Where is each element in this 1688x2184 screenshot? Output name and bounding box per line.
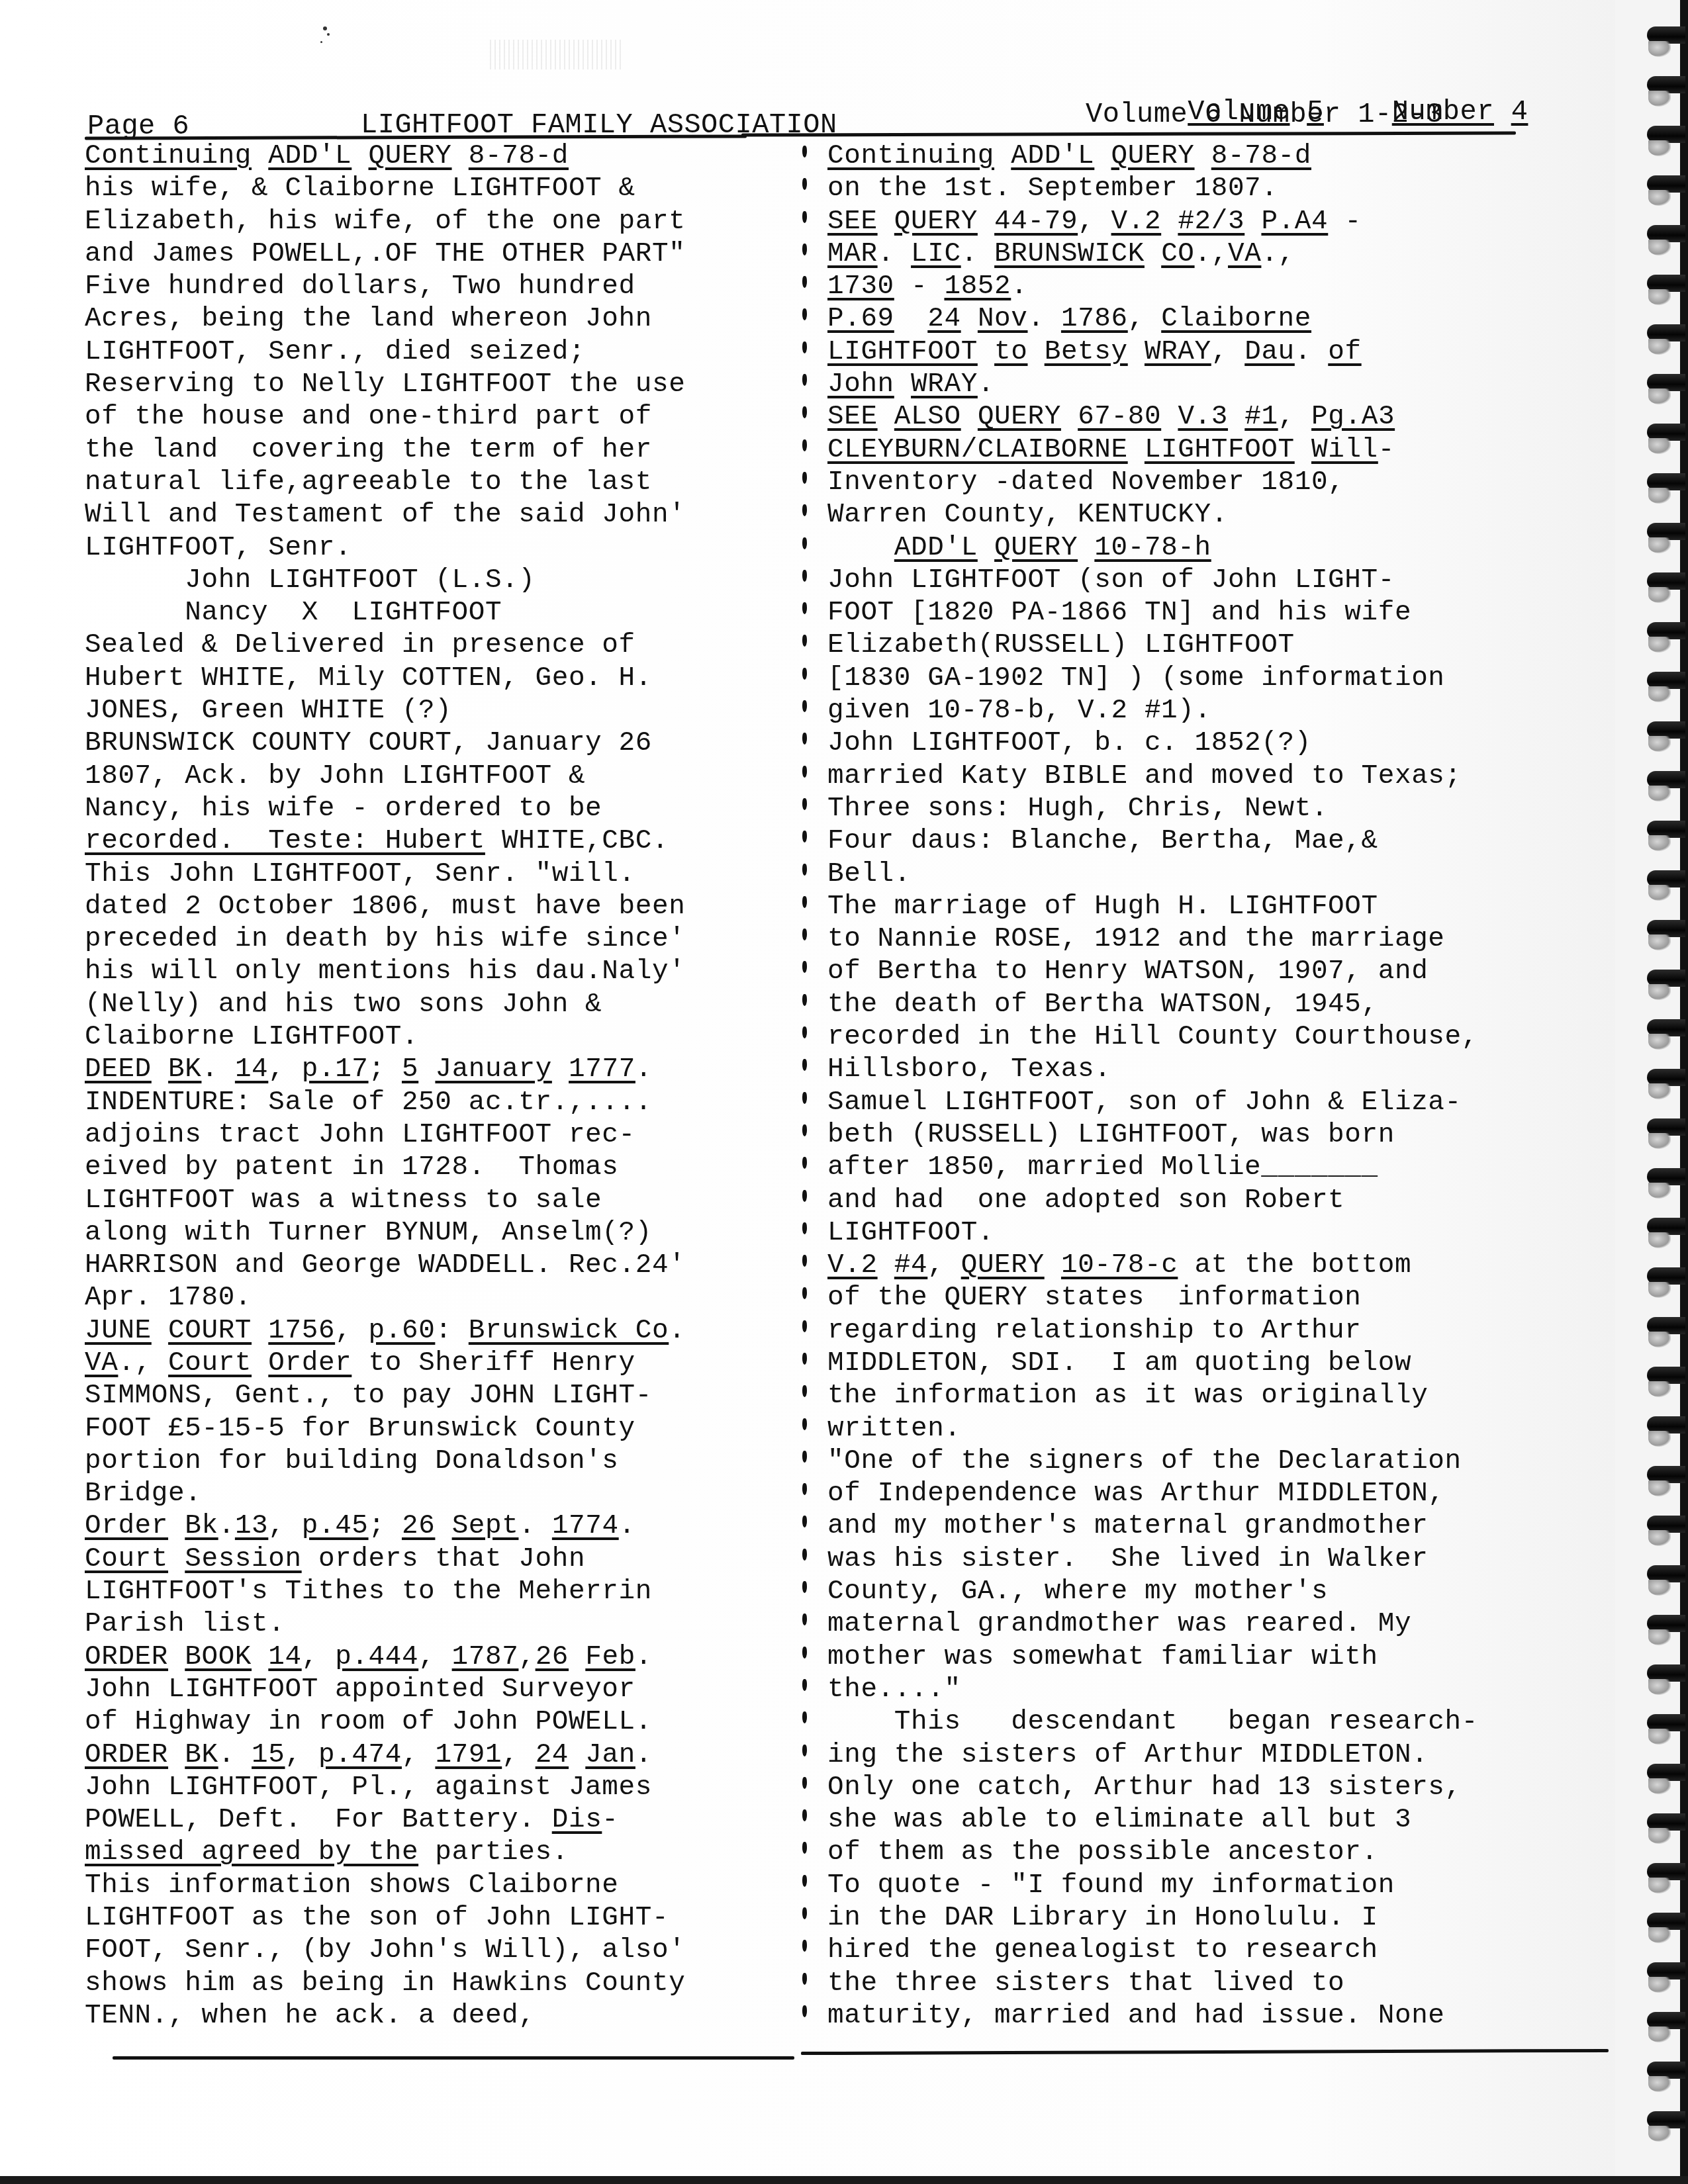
text-run: at the bottom	[1178, 1250, 1411, 1281]
binding-loop-icon	[1647, 920, 1685, 937]
text-run: Inventory -dated November 1810,	[827, 467, 1344, 498]
text-line: SEE QUERY 44-79, V.2 #2/3 P.A4 -	[827, 206, 1595, 238]
text-run	[1145, 239, 1161, 269]
text-run: LIGHTFOOT, Senr.	[85, 533, 352, 563]
underlined-text: #2/3	[1178, 206, 1244, 237]
binding-loop-icon	[1647, 175, 1685, 193]
divider-tick-icon	[800, 1217, 813, 1250]
text-run: .	[1011, 271, 1027, 302]
text-run	[1128, 435, 1145, 465]
underlined-text: p.60	[369, 1316, 436, 1346]
text-run	[1078, 533, 1094, 563]
text-run	[152, 1054, 168, 1085]
underlined-text: VA	[1228, 239, 1261, 269]
text-run: Nancy X LIGHTFOOT	[85, 598, 502, 628]
text-line: the land covering the term of her	[85, 434, 813, 467]
underlined-text: CO	[1161, 239, 1194, 269]
underlined-text: ALSO	[894, 402, 961, 432]
scan-speck	[323, 26, 327, 30]
text-run: ,	[268, 1054, 301, 1085]
text-run: .	[978, 369, 994, 400]
text-line: Court Session orders that John	[85, 1543, 813, 1576]
underlined-text: 1791	[435, 1740, 502, 1770]
binding-loop-icon	[1647, 1118, 1685, 1136]
text-run: .	[635, 1740, 652, 1770]
underlined-text: Betsy	[1045, 337, 1128, 367]
text-run: mother was somewhat familiar with	[827, 1642, 1378, 1672]
binding-loop-icon	[1647, 870, 1685, 887]
underlined-text: Court	[168, 1348, 252, 1379]
divider-tick-icon	[800, 532, 813, 565]
text-line: VA., Court Order to Sheriff Henry	[85, 1347, 813, 1380]
underlined-text: QUERY	[894, 206, 978, 237]
text-run: .	[635, 1642, 652, 1672]
underlined-text: 15	[252, 1740, 285, 1770]
underlined-text: 8-78-d	[1211, 141, 1311, 171]
divider-tick-icon	[800, 1576, 813, 1608]
text-run	[894, 369, 911, 400]
spiral-binding	[1615, 0, 1688, 2184]
divider-tick-icon	[800, 336, 813, 369]
text-run: beth (RUSSELL) LIGHTFOOT, was born	[827, 1120, 1395, 1150]
text-run: ;	[369, 1511, 402, 1541]
divider-tick-icon	[800, 727, 813, 760]
text-run: natural life,agreeable to the last	[85, 467, 652, 498]
underlined-text: Sept	[452, 1511, 519, 1541]
text-run	[1094, 141, 1111, 171]
text-line: ORDER BK. 15, p.474, 1791, 24 Jan.	[85, 1739, 813, 1772]
text-line: to Nannie ROSE, 1912 and the marriage	[827, 923, 1595, 956]
divider-tick-icon	[800, 1706, 813, 1739]
text-line: FOOT £5-15-5 for Brunswick County	[85, 1413, 813, 1445]
binding-loop-icon	[1647, 1168, 1685, 1185]
divider-tick-icon	[800, 369, 813, 401]
binding-loop-icon	[1647, 1813, 1685, 1831]
text-run: shows him as being in Hawkins County	[85, 1968, 685, 1999]
underlined-text: #1	[1244, 402, 1278, 432]
text-line: John WRAY.	[827, 369, 1595, 401]
underlined-text: 24	[536, 1740, 569, 1770]
text-run: Three sons: Hugh, Chris, Newt.	[827, 794, 1328, 824]
text-line: was his sister. She lived in Walker	[827, 1543, 1595, 1576]
text-line: Three sons: Hugh, Chris, Newt.	[827, 793, 1595, 825]
text-line: (Nelly) and his two sons John &	[85, 989, 813, 1021]
text-line: To quote - "I found my information	[827, 1870, 1595, 1902]
text-line: ORDER BOOK 14, p.444, 1787,26 Feb.	[85, 1641, 813, 1674]
text-run	[1244, 206, 1261, 237]
divider-tick-icon	[800, 1347, 813, 1380]
text-run: .	[1295, 337, 1328, 367]
text-line: POWELL, Deft. For Battery. Dis-	[85, 1804, 813, 1837]
text-run: Reserving to Nelly LIGHTFOOT the use	[85, 369, 685, 400]
text-run: Nancy, his wife - ordered to be	[85, 794, 602, 824]
divider-tick-icon	[800, 923, 813, 956]
text-line: on the 1st. September 1807.	[827, 173, 1595, 205]
text-line: preceded in death by his wife since'	[85, 923, 813, 956]
text-run: Apr. 1780.	[85, 1283, 252, 1313]
binding-loop-icon	[1647, 970, 1685, 987]
text-run: ,	[402, 1740, 435, 1770]
underlined-text: 8-78-d	[469, 141, 569, 171]
text-line: shows him as being in Hawkins County	[85, 1968, 813, 2000]
underlined-text: V.3	[1178, 402, 1228, 432]
text-run: and James POWELL,.OF THE OTHER PART"	[85, 239, 685, 269]
underlined-text: 1787	[452, 1642, 519, 1672]
text-run: recorded in the Hill County Courthouse,	[827, 1022, 1478, 1052]
divider-tick-icon	[800, 2000, 813, 2032]
divider-tick-icon	[800, 1054, 813, 1086]
text-run: -	[602, 1805, 618, 1835]
divider-tick-icon	[800, 1478, 813, 1510]
binding-loop-icon	[1647, 1416, 1685, 1433]
text-run: his will only mentions his dau.Naly'	[85, 956, 685, 987]
divider-tick-icon	[800, 140, 813, 173]
divider-tick-icon	[800, 1250, 813, 1282]
text-line: Bell.	[827, 858, 1595, 891]
text-line: mother was somewhat familiar with	[827, 1641, 1595, 1674]
column-heading: Continuing ADD'L QUERY 8-78-d	[827, 140, 1595, 173]
text-line: Parish list.	[85, 1608, 813, 1641]
text-run: ;	[369, 1054, 402, 1085]
divider-tick-icon	[800, 1902, 813, 1934]
text-run: maturity, married and had issue. None	[827, 2001, 1445, 2031]
divider-tick-icon	[800, 1968, 813, 2000]
text-run: [1830 GA-1902 TN] ) (some information	[827, 663, 1445, 694]
divider-tick-icon	[800, 1021, 813, 1054]
text-run: ing the sisters of Arthur MIDDLETON.	[827, 1740, 1428, 1770]
underlined-text: to	[994, 337, 1027, 367]
text-line: John LIGHTFOOT appointed Surveyor	[85, 1674, 813, 1706]
text-run: WHITE,CBC.	[485, 826, 669, 856]
text-run: Elizabeth(RUSSELL) LIGHTFOOT	[827, 630, 1295, 660]
text-run: County, GA., where my mother's	[827, 1576, 1328, 1607]
text-line: Only one catch, Arthur had 13 sisters,	[827, 1772, 1595, 1804]
underlined-text: Will	[1311, 435, 1378, 465]
divider-tick-icon	[800, 1380, 813, 1412]
underlined-text: 1774	[552, 1511, 619, 1541]
binding-loop-icon	[1647, 771, 1685, 788]
text-line: of Bertha to Henry WATSON, 1907, and	[827, 956, 1595, 988]
underlined-text: BRUNSWICK	[994, 239, 1145, 269]
text-run: parties.	[418, 1837, 569, 1868]
binding-loop-icon	[1647, 26, 1685, 44]
text-line: BRUNSWICK COUNTY COURT, January 26	[85, 727, 813, 760]
text-run: orders that John	[302, 1544, 585, 1574]
text-line: TENN., when he ack. a deed,	[85, 2000, 813, 2032]
divider-tick-icon	[800, 662, 813, 695]
text-run: given 10-78-b, V.2 #1).	[827, 696, 1211, 726]
divider-tick-icon	[800, 1772, 813, 1804]
underlined-text: LIC	[911, 239, 961, 269]
text-run	[252, 1348, 268, 1379]
text-run: .	[635, 1054, 652, 1085]
underlined-text: ADD'L	[1011, 141, 1094, 171]
text-run: of them as the possible ancestor.	[827, 1837, 1378, 1868]
text-run	[168, 1642, 185, 1672]
text-line: John LIGHTFOOT (son of John LIGHT-	[827, 565, 1595, 597]
underlined-text: ORDER	[85, 1740, 168, 1770]
binding-loop-icon	[1647, 523, 1685, 540]
text-run: Bell.	[827, 859, 911, 889]
underlined-text: Order	[268, 1348, 352, 1379]
underlined-text: QUERY	[961, 1250, 1045, 1281]
text-run	[168, 1544, 185, 1574]
text-run: ,	[1128, 304, 1161, 334]
text-run: 1807, Ack. by John LIGHTFOOT &	[85, 761, 585, 792]
text-line: hired the genealogist to research	[827, 1934, 1595, 1967]
text-run: HARRISON and George WADDELL. Rec.24'	[85, 1250, 685, 1281]
document-page: Page 6 LIGHTFOOT FAMILY ASSOCIATION Volu…	[0, 0, 1615, 2184]
text-line: LIGHTFOOT, Senr.	[85, 532, 813, 565]
text-line: portion for building Donaldson's	[85, 1445, 813, 1478]
text-run	[978, 206, 994, 237]
underlined-text: 1777	[569, 1054, 635, 1085]
text-run: INDENTURE: Sale of 250 ac.tr.,....	[85, 1087, 652, 1118]
text-line: Hillsboro, Texas.	[827, 1054, 1595, 1086]
underlined-text: p.474	[318, 1740, 402, 1770]
text-line: natural life,agreeable to the last	[85, 467, 813, 499]
underlined-text: ADD'L	[268, 141, 352, 171]
underlined-text: BOOK	[185, 1642, 252, 1672]
underlined-text: Claiborne	[1161, 304, 1311, 334]
text-line: This John LIGHTFOOT, Senr. "will.	[85, 858, 813, 891]
text-run: POWELL, Deft. For Battery.	[85, 1805, 552, 1835]
binding-loop-icon	[1647, 622, 1685, 639]
text-run: in the DAR Library in Honolulu. I	[827, 1903, 1378, 1933]
right-column: Continuing ADD'L QUERY 8-78-don the 1st.…	[827, 140, 1595, 2032]
text-run: regarding relationship to Arthur	[827, 1316, 1362, 1346]
text-run: This descendant began research-	[827, 1707, 1478, 1737]
text-line: Inventory -dated November 1810,	[827, 467, 1595, 499]
text-line: recorded in the Hill County Courthouse,	[827, 1021, 1595, 1054]
divider-tick-icon	[800, 1413, 813, 1445]
binding-loop-icon	[1647, 374, 1685, 391]
text-run	[1295, 435, 1311, 465]
text-run	[352, 141, 368, 171]
underlined-text: 1786	[1061, 304, 1128, 334]
binding-loop-icon	[1647, 821, 1685, 838]
text-run: ,	[418, 1642, 451, 1672]
text-run	[1228, 402, 1244, 432]
divider-tick-icon	[800, 565, 813, 597]
underlined-text: Brunswick Co	[469, 1316, 669, 1346]
text-run: ,	[335, 1316, 368, 1346]
underlined-text: 26	[536, 1642, 569, 1672]
text-run: to Nannie ROSE, 1912 and the marriage	[827, 924, 1445, 954]
underlined-text: Court	[85, 1544, 168, 1574]
text-run	[452, 141, 469, 171]
text-line: maternal grandmother was reared. My	[827, 1608, 1595, 1641]
underlined-text: BK	[168, 1054, 201, 1085]
text-run: This information shows Claiborne	[85, 1870, 619, 1901]
underlined-text: Dau	[1244, 337, 1295, 367]
text-run: ,	[502, 1740, 535, 1770]
underlined-text: MAR	[827, 239, 878, 269]
divider-tick-icon	[800, 1674, 813, 1706]
text-line: SIMMONS, Gent., to pay JOHN LIGHT-	[85, 1380, 813, 1412]
text-line: JUNE COURT 1756, p.60: Brunswick Co.	[85, 1315, 813, 1347]
text-line: Will and Testament of the said John'	[85, 499, 813, 531]
underlined-text: BK	[185, 1740, 218, 1770]
text-line: LIGHTFOOT was a witness to sale	[85, 1185, 813, 1217]
underlined-text: 26	[402, 1511, 435, 1541]
text-run: LIGHTFOOT was a witness to sale	[85, 1185, 602, 1216]
text-run: ,	[518, 1642, 535, 1672]
text-line: MAR. LIC. BRUNSWICK CO.,VA.,	[827, 238, 1595, 271]
underlined-text: recorded. Teste: Hubert	[85, 826, 485, 856]
underlined-text: CLEYBURN/CLAIBORNE	[827, 435, 1128, 465]
text-line: LIGHTFOOT to Betsy WRAY, Dau. of	[827, 336, 1595, 369]
text-line: 1807, Ack. by John LIGHTFOOT &	[85, 760, 813, 793]
text-run	[878, 402, 894, 432]
text-run: maternal grandmother was reared. My	[827, 1609, 1411, 1639]
text-line: Warren County, KENTUCKY.	[827, 499, 1595, 531]
text-line: the death of Bertha WATSON, 1945,	[827, 989, 1595, 1021]
text-run: SIMMONS, Gent., to pay JOHN LIGHT-	[85, 1381, 652, 1411]
text-run	[1161, 206, 1178, 237]
text-run: hired the genealogist to research	[827, 1935, 1378, 1966]
underlined-text: SEE	[827, 206, 878, 237]
binding-loop-icon	[1647, 1367, 1685, 1384]
text-line: Hubert WHITE, Mily COTTEN, Geo. H.	[85, 662, 813, 695]
text-line: the information as it was originally	[827, 1380, 1595, 1412]
text-run: she was able to eliminate all but 3	[827, 1805, 1411, 1835]
divider-tick-icon	[800, 858, 813, 891]
binding-loop-icon	[1647, 1863, 1685, 1880]
text-line: recorded. Teste: Hubert WHITE,CBC.	[85, 825, 813, 858]
text-run	[994, 141, 1011, 171]
text-run	[1128, 337, 1145, 367]
underlined-text: LIGHTFOOT	[1145, 435, 1295, 465]
divider-tick-icon	[800, 1119, 813, 1152]
text-line: written.	[827, 1413, 1595, 1445]
text-line: FOOT [1820 PA-1866 TN] and his wife	[827, 597, 1595, 629]
underlined-text: VA	[85, 1348, 118, 1379]
text-run: was his sister. She lived in Walker	[827, 1544, 1428, 1574]
underlined-text: p.45	[302, 1511, 369, 1541]
text-line: beth (RUSSELL) LIGHTFOOT, was born	[827, 1119, 1595, 1152]
text-run	[978, 337, 994, 367]
text-line: County, GA., where my mother's	[827, 1576, 1595, 1608]
text-run	[252, 1642, 268, 1672]
underlined-text: ADD'L	[894, 533, 978, 563]
divider-tick-icon	[800, 1543, 813, 1576]
text-run: .,	[118, 1348, 168, 1379]
divider-tick-icon	[800, 891, 813, 923]
underlined-text: V.2	[1111, 206, 1162, 237]
text-line: V.2 #4, QUERY 10-78-c at the bottom	[827, 1250, 1595, 1282]
text-run: -	[1328, 206, 1361, 237]
underlined-text: Session	[185, 1544, 301, 1574]
text-run: the...."	[827, 1674, 961, 1705]
text-line: she was able to eliminate all but 3	[827, 1804, 1595, 1837]
text-line: Acres, being the land whereon John	[85, 303, 813, 336]
text-line: HARRISON and George WADDELL. Rec.24'	[85, 1250, 813, 1282]
text-line: ADD'L QUERY 10-78-h	[827, 532, 1595, 565]
divider-tick-icon	[800, 629, 813, 662]
text-run: :	[435, 1316, 468, 1346]
underlined-text: WRAY	[911, 369, 978, 400]
underlined-text: SEE	[827, 402, 878, 432]
underlined-text: missed agreed by the	[85, 1837, 418, 1868]
divider-tick-icon	[800, 1152, 813, 1184]
binding-loop-icon	[1647, 1962, 1685, 1979]
underlined-text: #4	[894, 1250, 927, 1281]
binding-loop-icon	[1647, 275, 1685, 292]
divider-tick-icon	[800, 206, 813, 238]
underlined-text: 1730	[827, 271, 894, 302]
text-run: .,	[1261, 239, 1294, 269]
binding-loop-icon	[1647, 1466, 1685, 1483]
text-line: the three sisters that lived to	[827, 1968, 1595, 2000]
text-line: John LIGHTFOOT, Pl., against James	[85, 1772, 813, 1804]
text-run	[152, 1316, 168, 1346]
text-line: ing the sisters of Arthur MIDDLETON.	[827, 1739, 1595, 1772]
underlined-text: 44-79	[994, 206, 1078, 237]
text-run: ,	[302, 1642, 335, 1672]
text-run: Five hundred dollars, Two hundred	[85, 271, 635, 302]
text-line: Sealed & Delivered in presence of	[85, 629, 813, 662]
binding-loop-icon	[1647, 473, 1685, 490]
text-line: Four daus: Blanche, Bertha, Mae,&	[827, 825, 1595, 858]
binding-loop-icon	[1647, 2062, 1685, 2079]
underlined-text: Continuing	[827, 141, 994, 171]
text-line: LIGHTFOOT.	[827, 1217, 1595, 1250]
underlined-text: Order	[85, 1511, 168, 1541]
text-run	[168, 1511, 185, 1541]
underlined-text: 10-78-c	[1061, 1250, 1178, 1281]
text-run: of Highway in room of John POWELL.	[85, 1707, 652, 1737]
text-run: ,	[268, 1511, 301, 1541]
text-line: JONES, Green WHITE (?)	[85, 695, 813, 727]
underlined-text: Pg.A3	[1311, 402, 1395, 432]
text-run	[827, 533, 894, 563]
text-run: .	[619, 1511, 635, 1541]
text-run: LIGHTFOOT.	[827, 1218, 994, 1248]
divider-tick-icon	[800, 695, 813, 727]
text-line: given 10-78-b, V.2 #1).	[827, 695, 1595, 727]
text-line: of the QUERY states information	[827, 1282, 1595, 1314]
binding-loop-icon	[1647, 1764, 1685, 1781]
text-run: the land covering the term of her	[85, 435, 652, 465]
text-line: the...."	[827, 1674, 1595, 1706]
text-line: This information shows Claiborne	[85, 1870, 813, 1902]
text-line: 1730 - 1852.	[827, 271, 1595, 303]
text-run: John LIGHTFOOT appointed Surveyor	[85, 1674, 635, 1705]
text-line: along with Turner BYNUM, Anselm(?)	[85, 1217, 813, 1250]
text-run: Claiborne LIGHTFOOT.	[85, 1022, 418, 1052]
divider-tick-icon	[800, 1837, 813, 1869]
text-run: "One of the signers of the Declaration	[827, 1446, 1462, 1477]
footer-rule	[801, 2049, 1609, 2055]
text-line: INDENTURE: Sale of 250 ac.tr.,....	[85, 1087, 813, 1119]
text-line: of them as the possible ancestor.	[827, 1837, 1595, 1869]
binding-loop-icon	[1647, 225, 1685, 242]
column-heading: Continuing ADD'L QUERY 8-78-d	[85, 140, 813, 173]
text-run: MIDDLETON, SDI. I am quoting below	[827, 1348, 1411, 1379]
divider-tick-icon	[800, 271, 813, 303]
text-line: Nancy X LIGHTFOOT	[85, 597, 813, 629]
text-run	[894, 304, 927, 334]
underlined-text: WRAY	[1145, 337, 1211, 367]
text-run: .	[1028, 304, 1061, 334]
text-run: Sealed & Delivered in presence of	[85, 630, 635, 660]
text-run: .	[669, 1316, 685, 1346]
text-run: portion for building Donaldson's	[85, 1446, 619, 1477]
binding-loop-icon	[1647, 721, 1685, 739]
volume-line-2: Volume 6 Number 1-2-3	[1086, 99, 1443, 130]
text-run	[168, 1740, 185, 1770]
